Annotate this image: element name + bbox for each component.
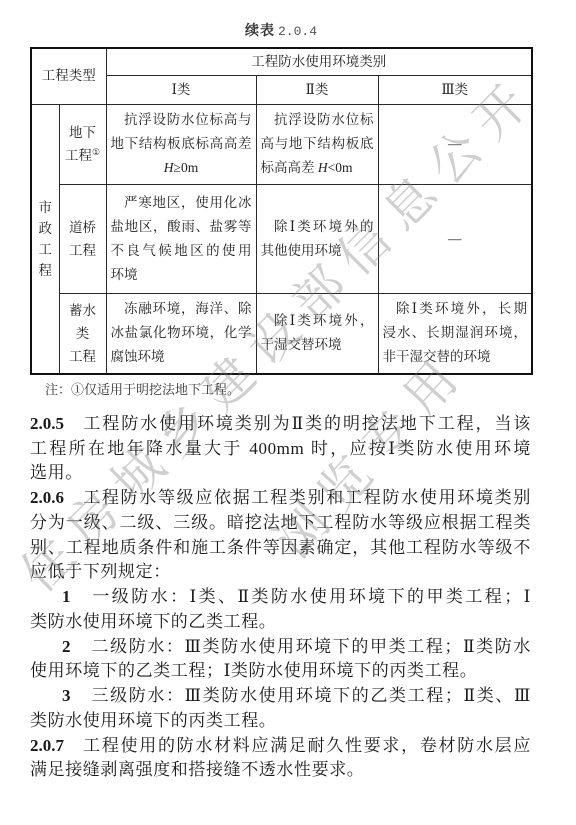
cell-line: 高与地下结构板底: [261, 132, 374, 156]
cell-line: 冰盐氯化物环境，化学: [111, 321, 252, 345]
environment-class-table: 工程类型 工程防水使用环境类别 Ⅰ类 Ⅱ类 Ⅲ类 市 政 工 程 地下 工程① …: [30, 47, 533, 375]
item-text: 一级防水：Ⅰ类、Ⅱ类防水使用环境下的甲类工程；Ⅰ: [91, 587, 532, 606]
type-line-text: 工程: [65, 148, 92, 163]
item-1-line: 类防水使用环境下的乙类工程。: [30, 610, 531, 635]
clause-line: 2.0.6工程防水等级应依据工程类别和工程防水使用环境类别: [30, 486, 531, 511]
group-char: 程: [36, 260, 55, 281]
clause-2-0-7: 2.0.7工程使用的防水材料应满足耐久性要求，卷材防水层应 满足接缝剥离强度和搭…: [30, 734, 531, 783]
clause-line: 别、工程地质条件和施工条件等因素确定，其他工程防水等级不: [30, 536, 531, 561]
cell-class-1: 严寒地区，使用化冰 盐地区，酸雨、盐雾等 不良气候地区的使用 环境: [106, 184, 256, 293]
cell-line: 腐蚀环境: [111, 345, 252, 369]
type-water-storage: 蓄水类 工程: [59, 293, 106, 374]
cell-line: 盐地区，酸雨、盐雾等: [111, 215, 252, 239]
type-line: 工程: [64, 239, 102, 262]
table-caption-number: 2.0.4: [278, 24, 317, 39]
cell-line: 地下结构板底标高高差: [111, 132, 252, 156]
cell-line-formula: 标高高差 H<0m: [261, 156, 374, 180]
item-number: 3: [62, 686, 71, 705]
type-line: 工程①: [64, 144, 102, 167]
formula-rest: ≥0m: [174, 160, 199, 175]
group-char: 市: [36, 197, 55, 218]
table-footnote: 注：①仅适用于明挖法地下工程。: [45, 378, 240, 402]
cell-line: 抗浮设防水位标高与: [111, 108, 252, 132]
cell-line: 干湿交替环境: [261, 333, 374, 357]
type-road-bridge: 道桥 工程: [59, 184, 106, 293]
cell-class-3: 除Ⅰ类环境外，长期 浸水、长期湿润环境， 非干湿交替的环境: [378, 293, 532, 374]
cell-line-formula: H≥0m: [111, 156, 252, 180]
clause-line: 工程所在地年降水量大于 400mm 时，应按Ⅰ类防水使用环境: [30, 437, 531, 462]
clauses: 2.0.5工程防水使用环境类别为Ⅱ类的明挖法地下工程，当该 工程所在地年降水量大…: [30, 412, 531, 783]
type-line: 蓄水类: [64, 299, 102, 345]
item-number: 2: [62, 637, 71, 656]
item-3-line: 类防水使用环境下的丙类工程。: [30, 709, 531, 734]
type-line: 工程: [64, 345, 102, 368]
cell-line: 抗浮设防水位标: [261, 108, 374, 132]
item-1-line: 1一级防水：Ⅰ类、Ⅱ类防水使用环境下的甲类工程；Ⅰ: [30, 585, 531, 610]
group-municipal-engineering: 市 政 工 程: [31, 104, 59, 374]
clause-text: 工程防水等级应依据工程类别和工程防水使用环境类别: [82, 488, 531, 507]
cell-line: 非干湿交替的环境: [383, 345, 528, 369]
cell-class-3: —: [378, 104, 532, 184]
table-caption: 续表2.0.4: [0, 22, 562, 42]
clause-2-0-6: 2.0.6工程防水等级应依据工程类别和工程防水使用环境类别 分为一级、二级、三级…: [30, 486, 531, 733]
clause-line: 2.0.5工程防水使用环境类别为Ⅱ类的明挖法地下工程，当该: [30, 412, 531, 437]
table-row: 蓄水类 工程 冻融环境，海洋、除 冰盐氯化物环境，化学 腐蚀环境 除Ⅰ类环境外，…: [31, 293, 532, 374]
cell-line: 冻融环境，海洋、除: [111, 297, 252, 321]
clause-number: 2.0.7: [30, 736, 64, 755]
item-text: 三级防水：Ⅲ类防水使用环境下的乙类工程；Ⅱ类、Ⅲ: [91, 686, 532, 705]
item-number: 1: [62, 587, 71, 606]
cell-line: 除Ⅰ类环境外，: [261, 309, 374, 333]
cell-line: 环境: [111, 263, 252, 287]
clause-text: 工程防水使用环境类别为Ⅱ类的明挖法地下工程，当该: [82, 414, 531, 433]
clause-line: 分为一级、二级、三级。暗挖法地下工程防水等级应根据工程类: [30, 511, 531, 536]
cell-line: 严寒地区，使用化冰: [111, 191, 252, 215]
header-class-3: Ⅲ类: [378, 75, 532, 104]
cell-class-1: 抗浮设防水位标高与 地下结构板底标高高差 H≥0m: [106, 104, 256, 184]
header-class-2: Ⅱ类: [256, 75, 378, 104]
clause-line: 满足接缝剥离强度和搭接缝不透水性要求。: [30, 758, 531, 783]
empty-dash: —: [383, 132, 528, 156]
formula-prefix: 标高高差: [261, 160, 318, 175]
item-3-line: 3三级防水：Ⅲ类防水使用环境下的乙类工程；Ⅱ类、Ⅲ: [30, 684, 531, 709]
clause-line: 2.0.7工程使用的防水材料应满足耐久性要求，卷材防水层应: [30, 734, 531, 759]
type-line: 道桥: [64, 216, 102, 239]
cell-class-2: 抗浮设防水位标 高与地下结构板底 标高高差 H<0m: [256, 104, 378, 184]
footnote-marker: ①: [92, 147, 100, 157]
item-2-line: 2二级防水：Ⅲ类防水使用环境下的甲类工程；Ⅱ类防水: [30, 635, 531, 660]
group-char: 政: [36, 218, 55, 239]
clause-line: 应低于下列规定：: [30, 560, 531, 585]
table-header-row-2: Ⅰ类 Ⅱ类 Ⅲ类: [31, 75, 532, 104]
cell-line: 其他使用环境: [261, 239, 374, 263]
clause-text: 工程使用的防水材料应满足耐久性要求，卷材防水层应: [82, 736, 531, 755]
header-class-1: Ⅰ类: [106, 75, 256, 104]
formula-rest: <0m: [328, 160, 353, 175]
clause-number: 2.0.6: [30, 488, 64, 507]
header-environment-class-group: 工程防水使用环境类别: [106, 48, 532, 75]
clause-line: 选用。: [30, 461, 531, 486]
type-line: 地下: [64, 121, 102, 144]
item-2-line: 使用环境下的乙类工程；Ⅰ类防水使用环境下的丙类工程。: [30, 659, 531, 684]
clause-number: 2.0.5: [30, 414, 64, 433]
type-underground: 地下 工程①: [59, 104, 106, 184]
variable-h: H: [164, 160, 174, 175]
table-caption-prefix: 续表: [245, 24, 275, 39]
item-text: 二级防水：Ⅲ类防水使用环境下的甲类工程；Ⅱ类防水: [91, 637, 532, 656]
cell-line: 浸水、长期湿润环境，: [383, 321, 528, 345]
table-row: 道桥 工程 严寒地区，使用化冰 盐地区，酸雨、盐雾等 不良气候地区的使用 环境 …: [31, 184, 532, 293]
header-engineering-type: 工程类型: [31, 48, 106, 104]
cell-line: 除Ⅰ类环境外的: [261, 215, 374, 239]
cell-class-3: —: [378, 184, 532, 293]
cell-class-2: 除Ⅰ类环境外的 其他使用环境: [256, 184, 378, 293]
group-char: 工: [36, 239, 55, 260]
clause-2-0-5: 2.0.5工程防水使用环境类别为Ⅱ类的明挖法地下工程，当该 工程所在地年降水量大…: [30, 412, 531, 486]
variable-h: H: [318, 160, 328, 175]
empty-dash: —: [383, 227, 528, 251]
cell-line: 除Ⅰ类环境外，长期: [383, 297, 528, 321]
cell-class-1: 冻融环境，海洋、除 冰盐氯化物环境，化学 腐蚀环境: [106, 293, 256, 374]
cell-line: 不良气候地区的使用: [111, 239, 252, 263]
table-row: 市 政 工 程 地下 工程① 抗浮设防水位标高与 地下结构板底标高高差 H≥0m…: [31, 104, 532, 184]
cell-class-2: 除Ⅰ类环境外， 干湿交替环境: [256, 293, 378, 374]
table-header-row-1: 工程类型 工程防水使用环境类别: [31, 48, 532, 75]
